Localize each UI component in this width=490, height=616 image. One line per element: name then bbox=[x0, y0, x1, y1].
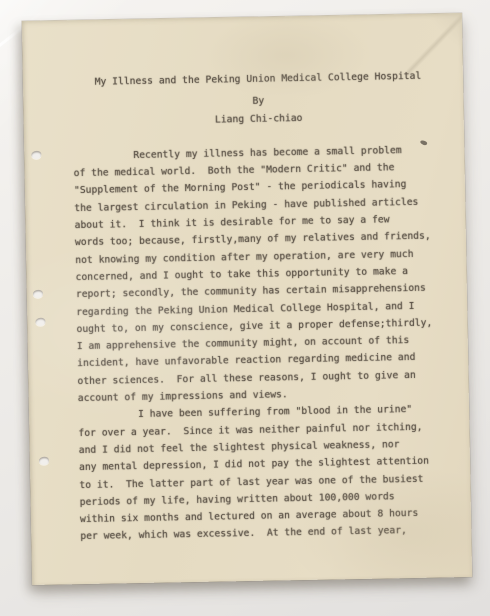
punch-hole bbox=[39, 457, 49, 465]
punch-hole bbox=[31, 151, 41, 159]
paper-sheet: My Illness and the Peking Union Medical … bbox=[22, 13, 472, 585]
paragraph: Recently my illness has become a small p… bbox=[73, 141, 450, 407]
typed-content: My Illness and the Peking Union Medical … bbox=[71, 13, 453, 545]
punch-hole bbox=[35, 318, 45, 326]
document-photo: My Illness and the Peking Union Medical … bbox=[0, 0, 490, 616]
punch-hole bbox=[33, 290, 43, 298]
paragraph: I have been suffering from "blood in the… bbox=[78, 401, 452, 546]
title-block: My Illness and the Peking Union Medical … bbox=[72, 67, 445, 131]
typed-body: Recently my illness has become a small p… bbox=[73, 141, 452, 546]
document-title: My Illness and the Peking Union Medical … bbox=[72, 67, 444, 91]
